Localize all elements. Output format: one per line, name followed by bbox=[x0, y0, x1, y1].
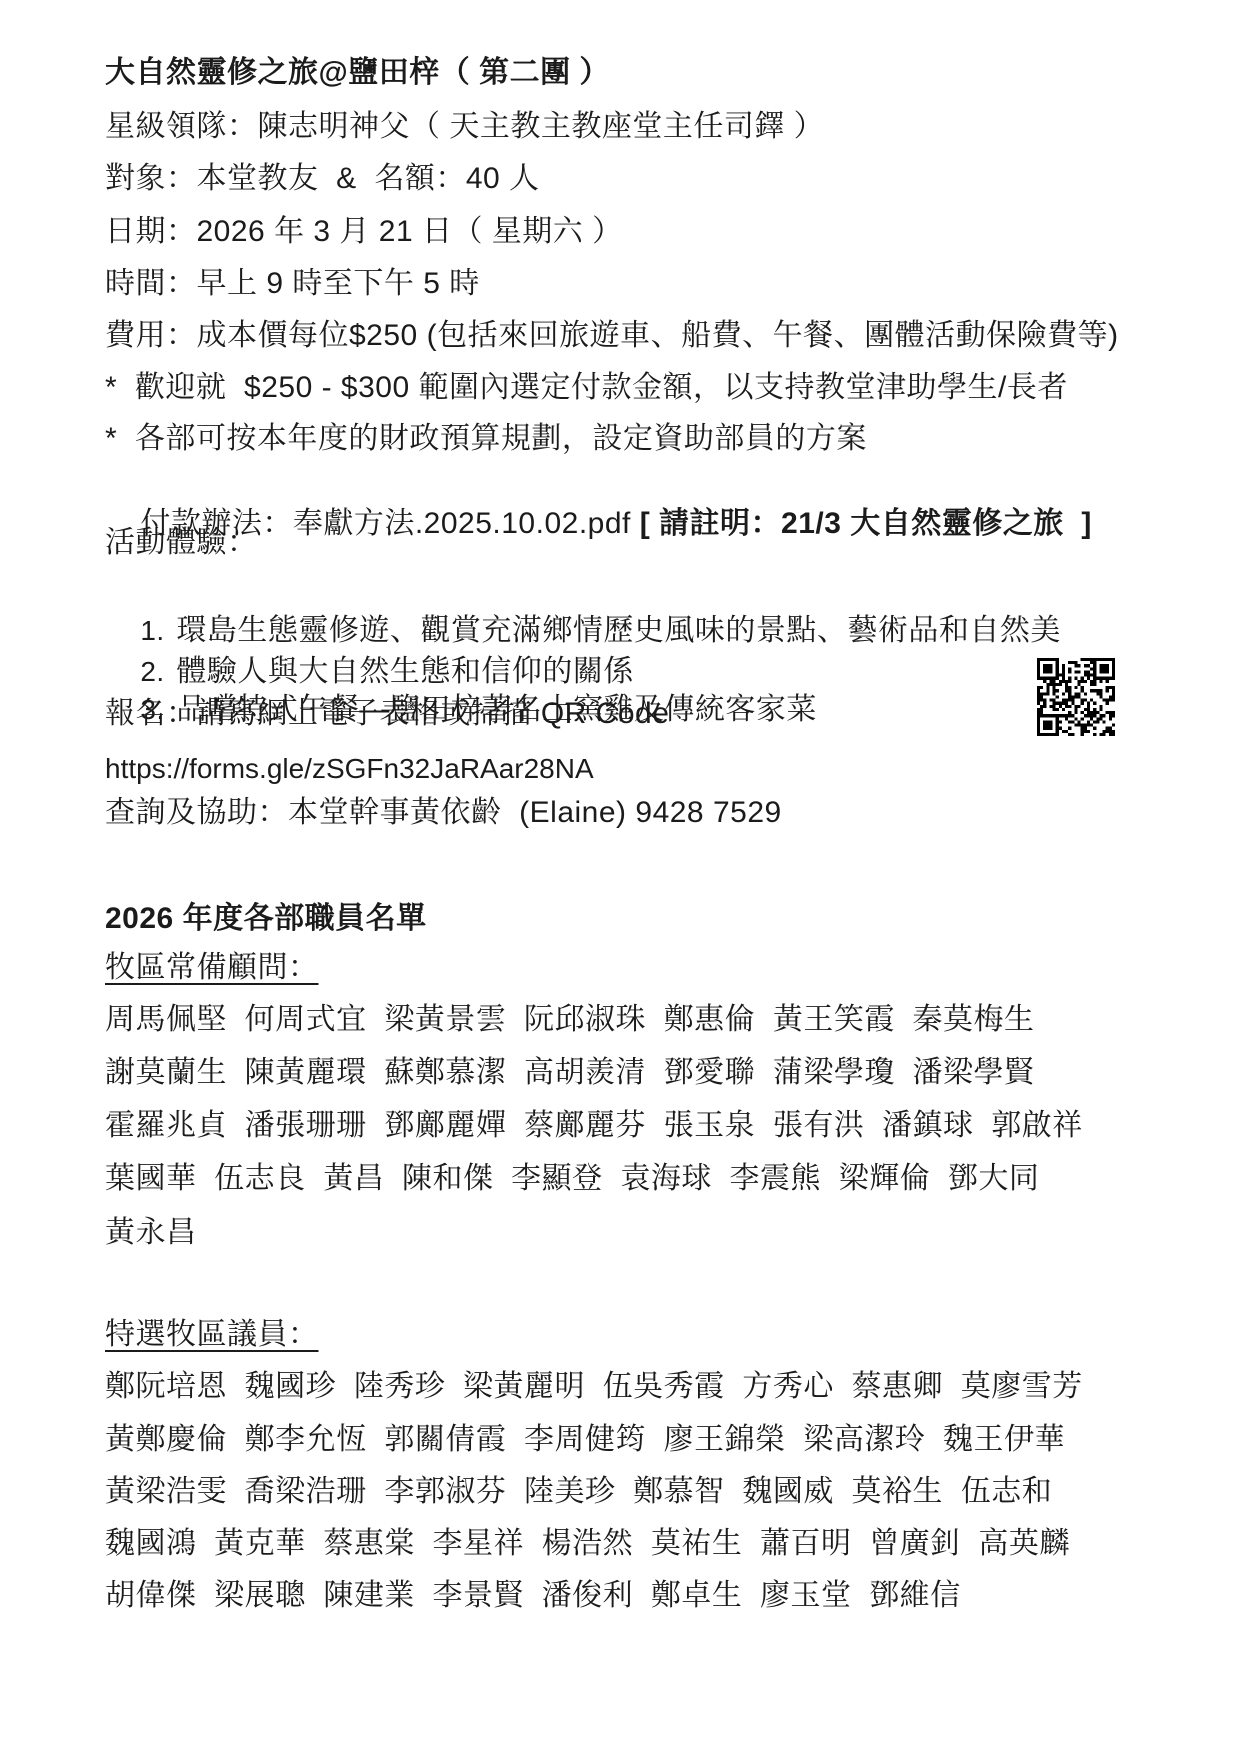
advisors-row: 葉國華 伍志良 黃昌 陳和傑 李顯登 袁海球 李震熊 梁輝倫 鄧大同 bbox=[105, 1162, 1039, 1196]
advisors-row: 謝莫蘭生 陳黃麗環 蘇鄭慕潔 高胡羨清 鄧愛聯 蒲梁學瓊 潘梁學賢 bbox=[105, 1056, 1035, 1090]
doc-title: 大自然靈修之旅@鹽田梓（ 第二團 ） bbox=[105, 56, 610, 90]
councillors-row: 黃梁浩雯 喬梁浩珊 李郭淑芬 陸美珍 鄭慕智 魏國威 莫裕生 伍志和 bbox=[105, 1475, 1052, 1509]
advisors-row: 周馬佩堅 何周式宜 梁黃景雲 阮邱淑珠 鄭惠倫 黃王笑霞 秦莫梅生 bbox=[105, 1003, 1035, 1037]
qr-code-icon bbox=[1037, 656, 1115, 738]
fee-note-1: * 歡迎就 $250 - $300 範圍內選定付款金額，以支持教堂津助學生/長者 bbox=[105, 371, 1068, 405]
section-title-advisors: 牧區常備顧問： bbox=[105, 951, 319, 985]
date-line: 日期：2026 年 3 月 21 日（ 星期六 ） bbox=[105, 215, 623, 249]
councillors-row: 鄭阮培恩 魏國珍 陸秀珍 梁黃麗明 伍吳秀霞 方秀心 蔡惠卿 莫廖雪芳 bbox=[105, 1370, 1083, 1404]
contact-line: 查詢及協助：本堂幹事黃依齡 (Elaine) 9428 7529 bbox=[105, 796, 782, 830]
registration-line: 報名：請寫網上電子表格或掃描 QR Code bbox=[105, 697, 669, 731]
payment-note-bold: [ 請註明：21/3 大自然靈修之旅 ] bbox=[640, 507, 1092, 540]
councillors-row: 胡偉傑 梁展聰 陳建業 李景賢 潘俊利 鄭卓生 廖玉堂 鄧維信 bbox=[105, 1579, 961, 1613]
section-title-councillors: 特選牧區議員： bbox=[105, 1318, 319, 1352]
councillors-row: 魏國鴻 黃克華 蔡惠棠 李星祥 楊浩然 莫祐生 蕭百明 曾廣釗 高英麟 bbox=[105, 1527, 1070, 1561]
form-url-link[interactable]: https://forms.gle/zSGFn32JaRAar28NA bbox=[105, 752, 594, 786]
audience-line: 對象：本堂教友 & 名額：40 人 bbox=[105, 162, 540, 196]
leader-line: 星級領隊：陳志明神父（ 天主教主教座堂主任司鐸 ） bbox=[105, 110, 824, 144]
roster-heading: 2026 年度各部職員名單 bbox=[105, 902, 427, 936]
time-line: 時間：早上 9 時至下午 5 時 bbox=[105, 267, 480, 301]
document-page: 大自然靈修之旅@鹽田梓（ 第二團 ） 星級領隊：陳志明神父（ 天主教主教座堂主任… bbox=[0, 0, 1240, 1754]
fee-line: 費用：成本價每位$250 (包括來回旅遊車、船費、午餐、團體活動保險費等) bbox=[105, 319, 1119, 353]
advisors-row: 霍羅兆貞 潘張珊珊 鄧鄺麗嬋 蔡鄺麗芬 張玉泉 張有洪 潘鎮球 郭啟祥 bbox=[105, 1109, 1083, 1143]
councillors-row: 黃鄭慶倫 鄭李允恆 郭關倩霞 李周健筠 廖王錦榮 梁高潔玲 魏王伊華 bbox=[105, 1423, 1065, 1457]
activities-heading: 活動體驗： bbox=[105, 526, 258, 560]
fee-note-2: * 各部可按本年度的財政預算規劃，設定資助部員的方案 bbox=[105, 422, 867, 456]
advisors-row: 黃永昌 bbox=[105, 1216, 197, 1250]
